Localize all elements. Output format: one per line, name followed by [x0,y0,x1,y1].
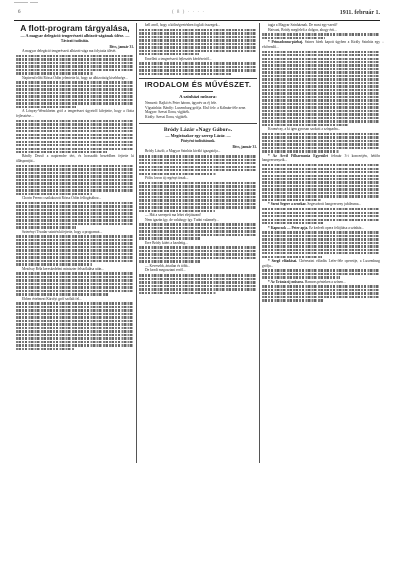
text-line [16,123,134,125]
body-text [262,33,380,39]
text-line [16,88,134,90]
paragraph: Chorin Ferenc csatlakozott Rózsa Ödön fe… [16,196,134,201]
text-line [139,173,216,175]
text-line [16,148,134,150]
paragraph: Bródy László, a Magyar Szinház kiváló ig… [139,149,257,154]
text-line [139,234,257,236]
text-line [16,102,134,104]
column-divider [136,23,137,463]
section-rule [139,78,257,79]
text-line [262,147,380,149]
text-line [16,193,92,195]
paragraph: Ebben értelmezi Károlyi gróf szólalt fel… [16,297,134,302]
text-line [16,175,134,177]
text-line [262,175,380,177]
article-byline: Pöstyéni tudósításunk. [139,139,257,144]
text-line [16,62,134,64]
text-line [262,85,380,87]
text-line [262,171,380,173]
text-line [262,256,322,258]
text-line [16,330,134,332]
text-line [262,71,380,73]
text-line [16,348,74,350]
text-line [16,130,134,132]
section-subtitle: A színházi műsora: [139,95,257,100]
text-line [262,164,380,166]
text-line [139,53,199,55]
text-line [16,306,134,308]
text-line [139,278,257,280]
text-line [16,256,134,258]
text-line [262,185,380,187]
text-line [139,66,257,68]
text-line [16,72,93,74]
text-line [262,192,380,194]
paragraph: Pölös lovon új regényt írnak... [139,176,257,181]
text-line [16,316,134,318]
text-line [139,155,257,157]
text-line [16,127,134,129]
news-item-lead: * Szent Segerr a zenekar. [268,202,306,206]
body-text [262,285,380,301]
text-line [139,285,257,287]
text-line [262,231,380,233]
text-line [262,92,380,94]
masthead-center: ( 8 ) · · · · [172,10,205,15]
schedule-entry: Király: Szeszi Ilona, vígjáték. [139,115,257,120]
text-line [139,196,257,198]
section-title: IRODALOM ÉS MŰVÉSZET. [139,83,257,88]
text-line [262,285,380,287]
text-line [262,136,380,138]
text-line [16,205,134,207]
text-line [16,58,134,60]
news-item-lead: * Primadonna-párbaj. [268,40,303,44]
text-line [262,178,380,180]
text-line [16,85,134,87]
text-line [16,182,134,184]
text-line [16,337,134,339]
body-text [16,55,134,75]
paragraph: Erre Bródy kitért a kezdetig... [139,241,257,246]
text-line [16,92,134,94]
text-line [16,202,134,204]
text-line [139,203,257,205]
news-item: * Kapucsok — Peter apja. Ez kedvelt oper… [262,226,380,231]
masthead-rule [14,20,380,21]
text-line [139,29,257,31]
text-line [16,327,134,329]
text-line [139,62,257,64]
text-line [16,226,76,228]
body-text [139,223,257,239]
text-line [139,39,257,41]
text-line [262,188,380,190]
news-item-text: Ez kedvelt opera felújítása a színház... [309,226,364,230]
text-line [16,279,134,281]
text-line [262,99,380,101]
text-line [139,199,257,201]
text-line [16,223,134,225]
body-text [16,165,134,195]
text-line [262,289,380,291]
text-line [262,117,380,119]
text-line [262,140,380,142]
text-line [262,299,323,301]
text-line [139,73,232,75]
text-line [262,219,380,221]
news-item: * Primadonna-párbaj. Szines hírek kapott… [262,40,380,49]
text-line [16,260,134,262]
body-text [139,246,257,262]
news-item-text: Hamvas pénteken a színen... [305,280,346,284]
paragraph: Bánffy Dezső a napirendre tért, és hossz… [16,154,134,163]
text-line [262,238,380,240]
text-line [262,296,380,298]
text-line [262,252,380,254]
text-line [262,249,380,251]
text-line [16,309,134,311]
text-line [139,288,257,290]
text-line [262,143,380,145]
text-line [16,144,134,146]
body-text [262,51,380,127]
text-line [139,246,257,248]
body-text [262,269,380,278]
text-line [16,141,134,143]
text-line [16,249,134,251]
column-1: A flott-program tárgyalása, — A magyar d… [16,23,134,351]
paragraph: Szterényi Tivadar szintén kifejtette, ho… [16,230,134,235]
text-line [139,227,257,229]
text-line [262,120,380,122]
text-line [262,199,321,201]
text-line [139,182,257,184]
text-line [262,58,380,60]
page-number: 6 [18,10,21,15]
paragraph: Hatvani, Bródy megfelelt a dolgon, ahogy… [262,28,380,33]
text-line [16,290,134,292]
text-line [16,302,134,304]
text-line [139,223,257,225]
text-line [16,179,134,181]
text-line [16,106,76,108]
text-line [16,151,107,153]
column-2: kell arról, hogy a költségvetésben fogla… [139,23,257,295]
text-line [262,181,380,183]
body-text [262,164,380,201]
text-line [16,246,134,248]
text-line [262,37,325,39]
text-line [262,78,380,80]
text-line [16,263,92,265]
text-line [16,341,134,343]
text-line [262,242,380,244]
article-rule [139,123,257,124]
text-line [16,313,134,315]
masthead: 6 ( 8 ) · · · · 1911. február 1. [14,10,380,20]
body-text [262,208,380,224]
text-line [262,61,380,63]
scan-speck [14,2,28,3]
text-line [139,281,257,283]
text-line [16,165,134,167]
text-line [262,64,380,66]
paragraph: Emellett a tengerészeti fejlesztés kérdé… [139,57,257,62]
text-line [139,206,257,208]
text-line [139,166,257,168]
article-subtitle: — Megírásakor egy szerep Lázár. — [139,133,257,138]
paragraph: Mezőssy Béla kereskedelmi miniszter fels… [16,267,134,272]
text-line [262,124,348,126]
column-divider [259,23,260,463]
text-line [262,269,380,271]
text-line [16,168,134,170]
text-line [262,51,380,53]
text-line [16,242,134,244]
text-line [139,159,257,161]
column-3: tagja a Magyar Szinháznak. De most egy-s… [262,23,380,303]
news-item: * Az Uránia új műsora. Hamvas pénteken a… [262,280,380,285]
text-line [262,96,380,98]
text-line [16,320,134,322]
text-line [139,162,257,164]
body-text [16,202,134,229]
paragraph: A Lónyay-Wenckheim gróf a tengerészet üg… [16,109,134,118]
news-item-lead: * Szegő előadásai. [268,259,297,263]
text-line [139,50,257,52]
text-line [262,168,380,170]
paragraph: Nem igazán így, de valahogy így. Tudni v… [139,218,257,223]
scan-mark: · [382,40,384,46]
text-line [262,82,380,84]
text-line [16,55,134,57]
text-line [16,216,134,218]
issue-date: 1911. február 1. [340,10,380,16]
text-line [262,110,380,112]
paragraph: kell arról, hogy a költségvetésben fogla… [139,23,257,28]
text-line [139,237,200,239]
text-line [262,292,380,294]
news-item-text: Segesvárott hangverseny jubileuma... [307,202,361,206]
body-text [139,62,257,75]
news-item: Kroméczy, a ki igen gyorsan szokott a sz… [262,127,380,132]
text-line [262,106,380,108]
paragraph: Napirend előtt Rózsa Ödön jelentette ki,… [16,76,134,81]
text-line [16,272,134,274]
text-line [262,150,339,152]
text-line [16,235,134,237]
text-line [139,250,257,252]
text-line [262,133,380,135]
text-line [262,33,380,35]
scan-speck [30,2,38,3]
news-item: * Az Arvif Filharmonia Egyesület február… [262,154,380,163]
text-line [16,293,108,295]
article-headline: A flott-program tárgyalása, [16,23,134,33]
text-line [262,54,380,56]
text-line [16,99,134,101]
text-line [139,230,257,232]
body-text [139,274,257,294]
text-line [139,69,257,71]
body-text [139,29,257,56]
text-line [16,65,134,67]
text-line [262,75,380,77]
text-line [262,68,380,70]
text-line [262,273,380,275]
text-line [16,283,134,285]
body-text [139,182,257,212]
body-text [262,133,380,153]
news-item: * Szegő előadásai. Chéreszini előadás Le… [262,259,380,268]
text-line [16,186,134,188]
text-line [16,253,134,255]
article-subhead: — A magyar delegáció tengerészeti albizo… [16,33,134,38]
text-line [139,257,257,259]
text-line [16,323,134,325]
text-line [16,95,134,97]
text-line [16,172,134,174]
text-line [139,210,215,212]
text-line [16,212,134,214]
text-line [16,334,134,336]
text-line [262,89,380,91]
text-line [139,192,257,194]
news-item: * Szent Segerr a zenekar. Segesvárott ha… [262,202,380,207]
separator [183,91,213,92]
text-line [16,120,134,122]
text-line [139,46,257,48]
text-line [16,81,134,83]
text-line [16,189,134,191]
news-item-lead: * Az Arvif Filharmonia Egyesület [268,154,328,158]
text-line [16,276,134,278]
text-line [16,344,134,346]
news-item-lead: * Kapucsok — Peter apja. [268,226,308,230]
text-line [262,235,380,237]
text-line [16,209,134,211]
text-line [139,185,257,187]
text-line [139,43,257,45]
text-line [262,276,340,278]
newspaper-page: 6 ( 8 ) · · · · 1911. február 1. A flott… [14,8,380,528]
text-line [139,292,216,294]
text-line [139,274,257,276]
text-line [262,208,380,210]
text-line [16,239,134,241]
text-line [16,219,134,221]
body-text [16,120,134,154]
paragraph: De kezdi megosztani erről... [139,268,257,273]
text-line [16,134,134,136]
text-line [262,215,380,217]
body-text [139,155,257,175]
text-line [16,286,134,288]
text-line [262,195,380,197]
text-line [139,253,257,255]
text-line [16,69,134,71]
body-text [16,235,134,265]
text-line [262,113,380,115]
text-line [262,103,380,105]
paragraph: A magyar delegáció tengerészeti albizott… [16,49,134,54]
text-line [262,222,323,224]
body-text [16,81,134,108]
body-text [262,231,380,258]
text-line [262,212,380,214]
text-line [139,260,200,262]
text-line [139,36,257,38]
text-line [262,245,380,247]
text-line [139,32,257,34]
body-text [16,302,134,350]
text-line [16,137,134,139]
text-line [139,169,257,171]
body-text [16,272,134,295]
text-line [139,189,257,191]
article-title: Bródy Lázár »Nagy Gábor«. [139,128,257,133]
news-item-lead: * Az Uránia új műsora. [268,280,304,284]
news-item-text: Kroméczy, a ki igen gyorsan szokott a sz… [268,127,340,131]
article-byline: Távirati tudósítás. [16,39,134,44]
